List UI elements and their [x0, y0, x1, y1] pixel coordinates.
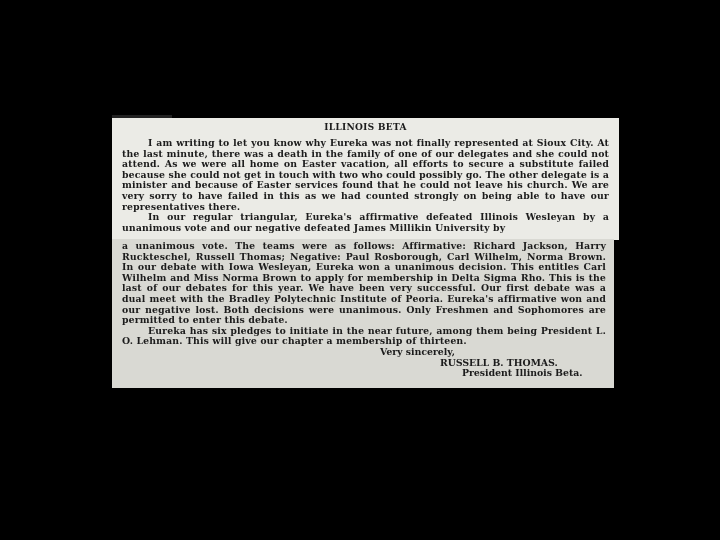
paragraph: I am writing to let you know why Eureka … [122, 139, 609, 213]
signature-title: President Illinois Beta. [122, 369, 606, 380]
paragraph: In our regular triangular, Eureka's affi… [122, 213, 609, 234]
section-heading: ILLINOIS BETA [122, 122, 609, 134]
paragraph: Eureka has six pledges to initiate in th… [122, 327, 606, 348]
newspaper-clipping-bottom: a unanimous vote. The teams were as foll… [112, 239, 614, 388]
newspaper-clipping-top: ILLINOIS BETA I am writing to let you kn… [112, 118, 619, 240]
paragraph: a unanimous vote. The teams were as foll… [122, 242, 606, 327]
closing-salutation: Very sincerely, [122, 348, 606, 359]
